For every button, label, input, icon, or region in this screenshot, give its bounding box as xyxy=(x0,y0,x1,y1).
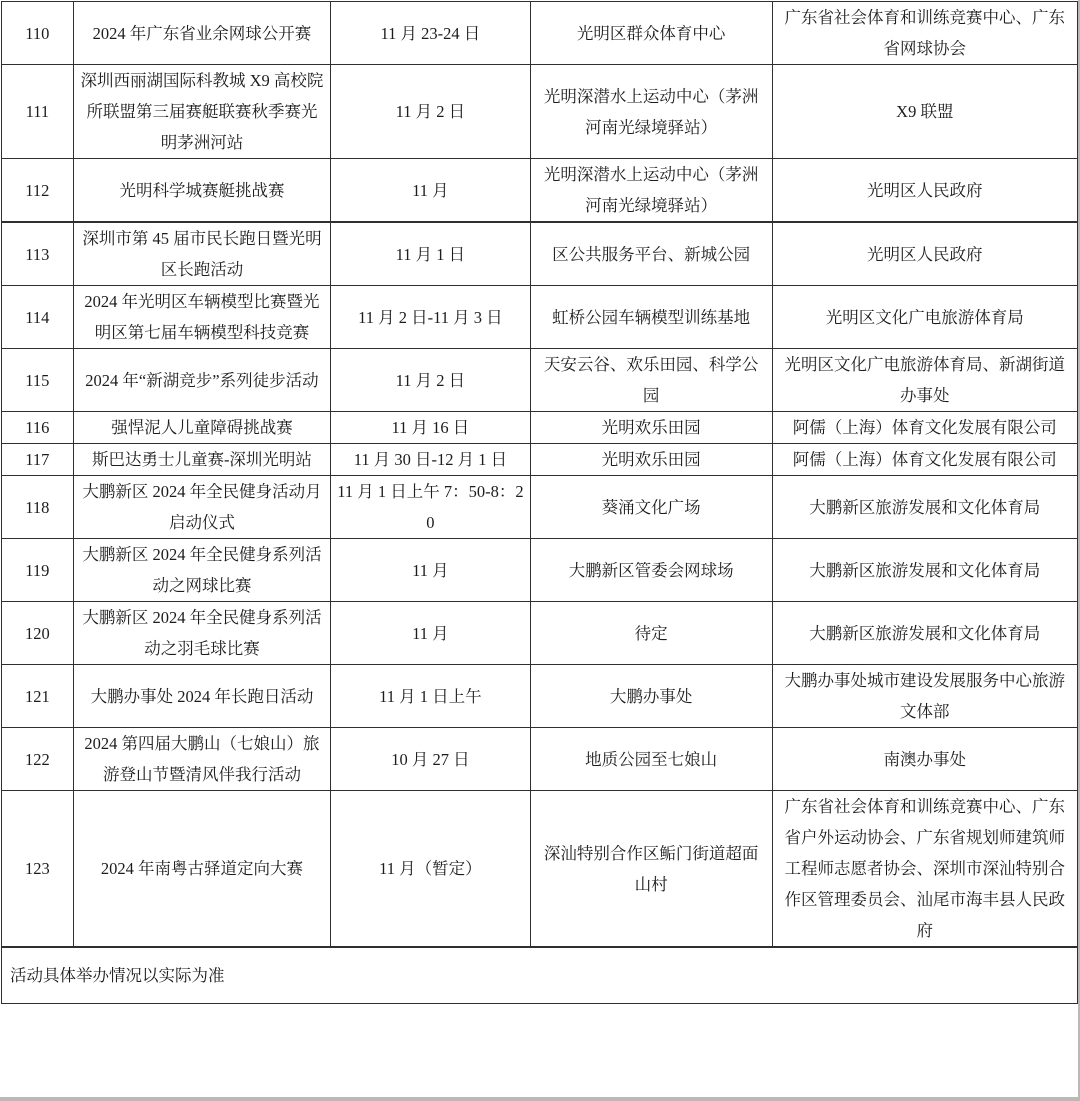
table-row: 123 2024 年南粤古驿道定向大赛 11 月（暂定） 深汕特别合作区鲘门街道… xyxy=(2,791,1078,948)
cell-organizer: X9 联盟 xyxy=(772,65,1077,159)
cell-number: 119 xyxy=(2,539,74,602)
cell-number: 118 xyxy=(2,476,74,539)
table-row: 114 2024 年光明区车辆模型比赛暨光明区第七届车辆模型科技竞赛 11 月 … xyxy=(2,286,1078,349)
cell-date: 11 月（暂定） xyxy=(331,791,530,948)
cell-date: 11 月 1 日 xyxy=(331,222,530,286)
table-row: 118 大鹏新区 2024 年全民健身活动月启动仪式 11 月 1 日上午 7：… xyxy=(2,476,1078,539)
table-row: 112 光明科学城赛艇挑战赛 11 月 光明深潜水上运动中心（茅洲河南光绿境驿站… xyxy=(2,159,1078,223)
cell-organizer: 广东省社会体育和训练竞赛中心、广东省网球协会 xyxy=(772,2,1077,65)
cell-number: 115 xyxy=(2,349,74,412)
table-row: 122 2024 第四届大鹏山（七娘山）旅游登山节暨清风伴我行活动 10 月 2… xyxy=(2,728,1078,791)
cell-event-name: 光明科学城赛艇挑战赛 xyxy=(73,159,331,223)
cell-number: 120 xyxy=(2,602,74,665)
cell-organizer: 大鹏办事处城市建设发展服务中心旅游文体部 xyxy=(772,665,1077,728)
cell-location: 大鹏新区管委会网球场 xyxy=(530,539,772,602)
cell-organizer: 光明区人民政府 xyxy=(772,159,1077,223)
cell-date: 10 月 27 日 xyxy=(331,728,530,791)
cell-organizer: 阿儒（上海）体育文化发展有限公司 xyxy=(772,444,1077,476)
cell-date: 11 月 1 日上午 7：50-8：20 xyxy=(331,476,530,539)
cell-organizer: 大鹏新区旅游发展和文化体育局 xyxy=(772,476,1077,539)
cell-date: 11 月 2 日-11 月 3 日 xyxy=(331,286,530,349)
cell-organizer: 大鹏新区旅游发展和文化体育局 xyxy=(772,539,1077,602)
cell-number: 114 xyxy=(2,286,74,349)
cell-number: 123 xyxy=(2,791,74,948)
cell-event-name: 2024 年南粤古驿道定向大赛 xyxy=(73,791,331,948)
cell-event-name: 2024 年光明区车辆模型比赛暨光明区第七届车辆模型科技竞赛 xyxy=(73,286,331,349)
cell-date: 11 月 1 日上午 xyxy=(331,665,530,728)
cell-location: 天安云谷、欢乐田园、科学公园 xyxy=(530,349,772,412)
cell-number: 110 xyxy=(2,2,74,65)
cell-location: 葵涌文化广场 xyxy=(530,476,772,539)
cell-event-name: 斯巴达勇士儿童赛-深圳光明站 xyxy=(73,444,331,476)
table-footnote: 活动具体举办情况以实际为准 xyxy=(2,947,1078,1004)
table-row: 117 斯巴达勇士儿童赛-深圳光明站 11 月 30 日-12 月 1 日 光明… xyxy=(2,444,1078,476)
cell-organizer: 阿儒（上海）体育文化发展有限公司 xyxy=(772,412,1077,444)
cell-location: 待定 xyxy=(530,602,772,665)
events-table-body: 110 2024 年广东省业余网球公开赛 11 月 23-24 日 光明区群众体… xyxy=(2,2,1078,948)
cell-number: 113 xyxy=(2,222,74,286)
table-row: 110 2024 年广东省业余网球公开赛 11 月 23-24 日 光明区群众体… xyxy=(2,2,1078,65)
table-row: 113 深圳市第 45 届市民长跑日暨光明区长跑活动 11 月 1 日 区公共服… xyxy=(2,222,1078,286)
cell-date: 11 月 xyxy=(331,602,530,665)
cell-event-name: 大鹏办事处 2024 年长跑日活动 xyxy=(73,665,331,728)
cell-organizer: 光明区文化广电旅游体育局 xyxy=(772,286,1077,349)
cell-number: 121 xyxy=(2,665,74,728)
cell-event-name: 深圳市第 45 届市民长跑日暨光明区长跑活动 xyxy=(73,222,331,286)
cell-event-name: 大鹏新区 2024 年全民健身系列活动之羽毛球比赛 xyxy=(73,602,331,665)
events-table: 110 2024 年广东省业余网球公开赛 11 月 23-24 日 光明区群众体… xyxy=(1,1,1078,1004)
cell-date: 11 月 2 日 xyxy=(331,65,530,159)
events-table-footer: 活动具体举办情况以实际为准 xyxy=(2,947,1078,1004)
table-row: 116 强悍泥人儿童障碍挑战赛 11 月 16 日 光明欢乐田园 阿儒（上海）体… xyxy=(2,412,1078,444)
cell-location: 地质公园至七娘山 xyxy=(530,728,772,791)
cell-date: 11 月 30 日-12 月 1 日 xyxy=(331,444,530,476)
cell-number: 117 xyxy=(2,444,74,476)
table-row: 121 大鹏办事处 2024 年长跑日活动 11 月 1 日上午 大鹏办事处 大… xyxy=(2,665,1078,728)
cell-number: 112 xyxy=(2,159,74,223)
cell-date: 11 月 xyxy=(331,539,530,602)
cell-location: 深汕特别合作区鲘门街道超面山村 xyxy=(530,791,772,948)
cell-location: 大鹏办事处 xyxy=(530,665,772,728)
table-row: 120 大鹏新区 2024 年全民健身系列活动之羽毛球比赛 11 月 待定 大鹏… xyxy=(2,602,1078,665)
cell-organizer: 大鹏新区旅游发展和文化体育局 xyxy=(772,602,1077,665)
cell-location: 虹桥公园车辆模型训练基地 xyxy=(530,286,772,349)
cell-event-name: 强悍泥人儿童障碍挑战赛 xyxy=(73,412,331,444)
cell-location: 光明深潜水上运动中心（茅洲河南光绿境驿站） xyxy=(530,159,772,223)
cell-organizer: 南澳办事处 xyxy=(772,728,1077,791)
table-row: 111 深圳西丽湖国际科教城 X9 高校院所联盟第三届赛艇联赛秋季赛光明茅洲河站… xyxy=(2,65,1078,159)
cell-location: 区公共服务平台、新城公园 xyxy=(530,222,772,286)
document-page: 110 2024 年广东省业余网球公开赛 11 月 23-24 日 光明区群众体… xyxy=(0,0,1078,1097)
footnote-row: 活动具体举办情况以实际为准 xyxy=(2,947,1078,1004)
cell-date: 11 月 2 日 xyxy=(331,349,530,412)
table-row: 115 2024 年“新湖竞步”系列徒步活动 11 月 2 日 天安云谷、欢乐田… xyxy=(2,349,1078,412)
cell-event-name: 2024 第四届大鹏山（七娘山）旅游登山节暨清风伴我行活动 xyxy=(73,728,331,791)
cell-date: 11 月 23-24 日 xyxy=(331,2,530,65)
cell-date: 11 月 16 日 xyxy=(331,412,530,444)
cell-event-name: 2024 年广东省业余网球公开赛 xyxy=(73,2,331,65)
cell-location: 光明欢乐田园 xyxy=(530,444,772,476)
cell-location: 光明区群众体育中心 xyxy=(530,2,772,65)
cell-event-name: 大鹏新区 2024 年全民健身系列活动之网球比赛 xyxy=(73,539,331,602)
cell-organizer: 光明区文化广电旅游体育局、新湖街道办事处 xyxy=(772,349,1077,412)
cell-organizer: 光明区人民政府 xyxy=(772,222,1077,286)
table-row: 119 大鹏新区 2024 年全民健身系列活动之网球比赛 11 月 大鹏新区管委… xyxy=(2,539,1078,602)
cell-event-name: 2024 年“新湖竞步”系列徒步活动 xyxy=(73,349,331,412)
cell-organizer: 广东省社会体育和训练竞赛中心、广东省户外运动协会、广东省规划师建筑师工程师志愿者… xyxy=(772,791,1077,948)
cell-date: 11 月 xyxy=(331,159,530,223)
cell-event-name: 大鹏新区 2024 年全民健身活动月启动仪式 xyxy=(73,476,331,539)
cell-number: 111 xyxy=(2,65,74,159)
cell-event-name: 深圳西丽湖国际科教城 X9 高校院所联盟第三届赛艇联赛秋季赛光明茅洲河站 xyxy=(73,65,331,159)
cell-number: 116 xyxy=(2,412,74,444)
cell-location: 光明深潜水上运动中心（茅洲河南光绿境驿站） xyxy=(530,65,772,159)
cell-location: 光明欢乐田园 xyxy=(530,412,772,444)
cell-number: 122 xyxy=(2,728,74,791)
